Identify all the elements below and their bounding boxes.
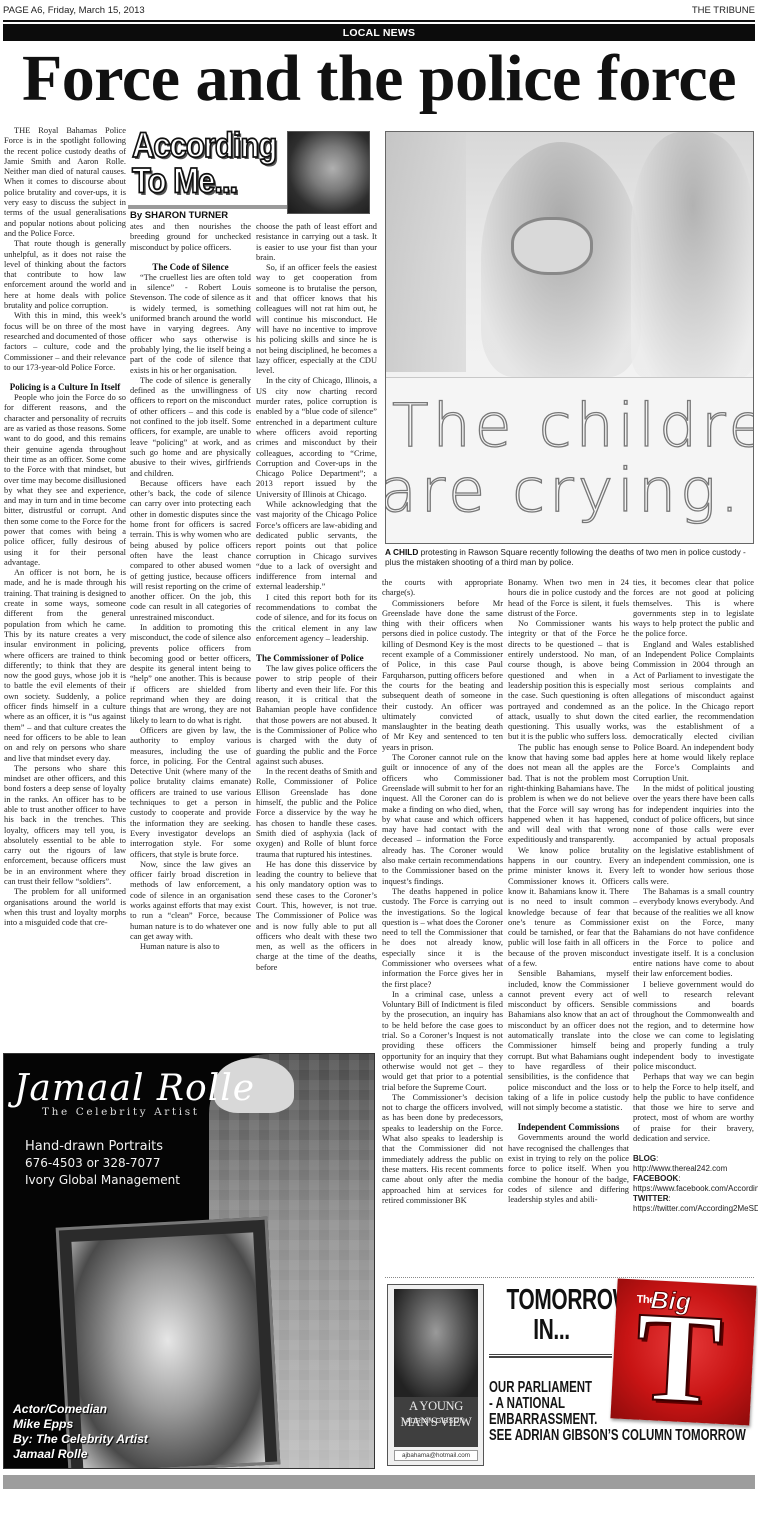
paragraph: The law gives police officers the power … [256,664,377,767]
paragraph: The Commissioner’s decision not to charg… [382,1093,503,1206]
ad-service: Hand-drawn Portraits [25,1138,180,1155]
paragraph: choose the path of least effort and resi… [256,222,377,263]
paragraph: An officer is not born, he is made, and … [4,568,126,764]
ad-credit-line: By: The Celebrity Artist [13,1432,148,1447]
paragraph: So, if an officer feels the easiest way … [256,263,377,376]
page-info: PAGE A6, Friday, March 15, 2013 [3,5,145,16]
paragraph: In the city of Chicago, Illinois, a US c… [256,376,377,500]
columnist-photo [394,1289,478,1397]
article-column-4: the courts with appropriate charge(s).Co… [382,578,503,1268]
section-label: LOCAL NEWS [343,27,415,39]
contact-blog[interactable]: BLOG: http://www.thereal242.com [633,1154,754,1174]
paragraph: In the recent deaths of Smith and Rolle,… [256,767,377,860]
article-column-5: Bonamy. When two men in 24 hours die in … [508,578,629,1268]
paragraph: Human nature is also to [130,942,251,952]
promo-rule [489,1354,612,1358]
paragraph: With this in mind, this week’s focus wil… [4,311,126,373]
ad-tagline: The Celebrity Artist [42,1106,200,1118]
paragraph: The Coroner cannot rule on the guilt or … [382,753,503,887]
big-t-big: Big [650,1286,692,1317]
artist-advertisement[interactable]: Jamaal Rolle The Celebrity Artist Hand-d… [3,1053,375,1469]
paragraph: In the midst of political jousting over … [633,784,754,887]
publication-name: THE TRIBUNE [692,5,755,16]
contact-facebook[interactable]: FACEBOOK: https://www.facebook.com/Accor… [633,1174,754,1194]
paragraph: I cited this report both for its recomme… [256,593,377,644]
byline: By SHARON TURNER [130,210,228,221]
paragraph: THE Royal Bahamas Police Force is in the… [4,126,126,239]
article-column-1: THE Royal Bahamas Police Force is in the… [4,126,126,1050]
raised-arm [386,132,466,372]
subhead: Independent Commissions [508,1122,629,1133]
paragraph: No Commissioner wants his integrity or t… [508,619,629,743]
paragraph: I believe government would do well to re… [633,980,754,1073]
promo-heading-line-2: IN... [507,1315,597,1345]
paragraph: Commissioners before Mr Greenslade have … [382,599,503,753]
ad-credits: Actor/Comedian Mike Epps By: The Celebri… [13,1402,148,1462]
column-header-rule [128,205,288,209]
column-title: According To Me... [132,127,290,198]
paragraph: While acknowledging that the vast majori… [256,500,377,593]
photo-caption: A CHILD protesting in Rawson Square rece… [385,547,754,567]
promo-heading: TOMORROW IN... [507,1285,597,1345]
paragraph: The code of silence is generally defined… [130,376,251,479]
paragraph: Sensible Bahamians, myself included, kno… [508,969,629,1113]
paragraph: The persons who share this mindset are o… [4,764,126,888]
footer-bar [3,1475,755,1489]
subhead: The Code of Silence [130,262,251,273]
ad-credit-line: Mike Epps [13,1417,148,1432]
columnist-email[interactable]: ajbahama@hotmail.com [394,1450,478,1461]
mask-graphic [511,217,593,275]
paragraph: People who join the Force do so for diff… [4,393,126,568]
paragraph: The problem for all uniformed organisati… [4,887,126,928]
paragraph: the courts with appropriate charge(s). [382,578,503,599]
paragraph: Perhaps that way we can begin to help th… [633,1072,754,1144]
subhead: Policing is a Culture In Itself [4,382,126,393]
paragraph: ates and then nourishes the breeding gro… [130,222,251,253]
ad-credit-line: Actor/Comedian [13,1402,148,1417]
sign-text-line-1: The childre [392,392,754,460]
paragraph: In addition to promoting this misconduct… [130,623,251,726]
column-name-line-1: A YOUNG [394,1397,478,1413]
paragraph: Governments around the world have recogn… [508,1133,629,1205]
headline: Force and the police force [0,40,758,118]
columnist-author: ADRIAN GIBSON [393,1416,477,1425]
promo-divider [385,1277,754,1278]
paragraph: In a criminal case, unless a Voluntary B… [382,990,503,1093]
promo-heading-line-1: TOMORROW [507,1285,597,1315]
paragraph: He has done this disservice by leading t… [256,860,377,973]
columnist-promo-card: A YOUNG MAN'S VIEW ajbahama@hotmail.com [387,1284,484,1466]
sign-text-line-2: are crying. [385,457,743,525]
paragraph: That route though is generally unhelpful… [4,239,126,311]
article-column-2: ates and then nourishes the breeding gro… [130,222,251,1050]
ad-details: Hand-drawn Portraits 676-4503 or 328-707… [25,1138,180,1189]
paragraph: Officers are given by law, the authority… [130,726,251,860]
caption-text: protesting in Rawson Square recently fol… [385,547,746,567]
big-t-logo: T The Big [610,1278,756,1425]
paragraph: England and Wales established an Indepen… [633,640,754,784]
article-column-3: choose the path of least effort and resi… [256,222,377,1050]
ad-phones: 676-4503 or 328-7077 [25,1155,180,1172]
paragraph: ties, it becomes clear that police force… [633,578,754,640]
author-headshot [287,131,370,214]
paragraph: Now, since the law gives an officer fair… [130,860,251,942]
paragraph: The deaths happened in police custody. T… [382,887,503,990]
girl-figure [631,132,754,377]
paragraph: “The cruellest lies are often told in si… [130,273,251,376]
paragraph: We know police brutality happens in our … [508,846,629,970]
contact-twitter[interactable]: TWITTER: https://twitter.com/According2M… [633,1194,754,1214]
section-banner: LOCAL NEWS [3,24,755,41]
folio-line: PAGE A6, Friday, March 15, 2013 THE TRIB… [3,3,755,17]
caption-lead: A CHILD [385,547,418,557]
paragraph: Bonamy. When two men in 24 hours die in … [508,578,629,619]
ad-agency: Ivory Global Management [25,1172,180,1189]
subhead: The Commissioner of Police [256,653,377,664]
author-contacts: BLOG: http://www.thereal242.com FACEBOOK… [633,1154,754,1214]
paragraph: Because officers have each other’s back,… [130,479,251,623]
article-column-6: ties, it becomes clear that police force… [633,578,754,1268]
protest-photo: The childre are crying. [385,131,754,544]
ad-credit-line: Jamaal Rolle [13,1447,148,1462]
paragraph: The Bahamas is a small country – everybo… [633,887,754,980]
column-6-body: ties, it becomes clear that police force… [633,578,754,1144]
ad-artist-name: Jamaal Rolle [14,1068,255,1109]
folio-rule [3,20,755,22]
paragraph: The public has enough sense to know that… [508,743,629,846]
